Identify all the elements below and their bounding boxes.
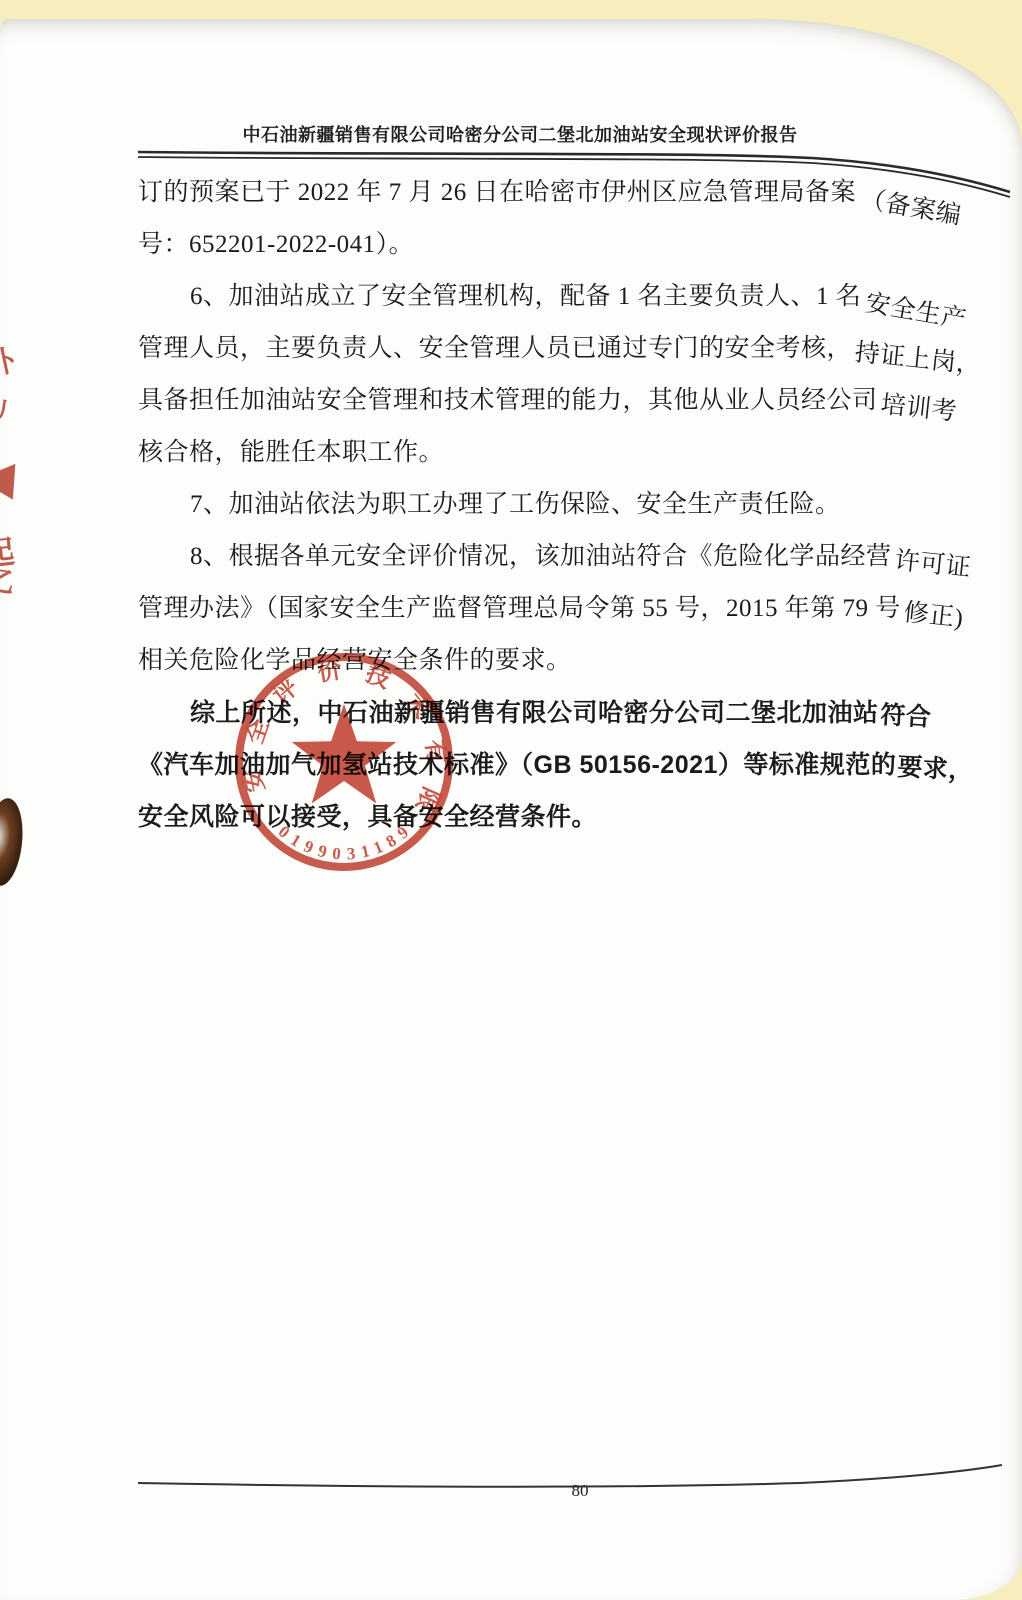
body-line: 7、加油站依法为职工办理了工伤保险、安全生产责任险。	[138, 479, 998, 531]
seal-star-icon	[292, 704, 397, 804]
body-line: 订的预案已于 2022 年 7 月 26 日在哈密市伊州区应急管理局备案（备案编	[138, 167, 998, 219]
line-text: 6、加油站成立了安全管理机构，配备 1 名主要负责人、1 名	[190, 283, 861, 310]
report-header-title: 中石油新疆销售有限公司哈密分公司二堡北加油站安全现状评价报告	[150, 121, 890, 147]
line-text: 核合格，能胜任本职工作。	[138, 439, 444, 466]
scanned-report-page: 中石油新疆销售有限公司哈密分公司二堡北加油站安全现状评价报告 订的预案已于 20…	[0, 0, 1022, 1600]
body-line: 6、加油站成立了安全管理机构，配备 1 名主要负责人、1 名安全生产	[138, 271, 998, 323]
line-text: 管理办法》（国家安全生产监督管理总局令第 55 号，2015 年第 79 号	[138, 595, 901, 622]
line-text: 管理人员，主要负责人、安全管理人员已通过专门的安全考核，	[138, 335, 852, 362]
line-text-warped: 修正)	[901, 587, 966, 645]
red-company-seal: 安全评价技术有限公司 01990311892	[214, 632, 474, 892]
page-number: 80	[560, 1481, 600, 1501]
line-text: 具备担任加油站安全管理和技术管理的能力，其他从业人员经公司	[138, 387, 878, 414]
line-text: 8、根据各单元安全评价情况，该加油站符合《危险化学品经营	[190, 543, 892, 570]
line-text-warped: 许可证	[892, 535, 974, 595]
line-text: 7、加油站依法为职工办理了工伤保险、安全生产责任险。	[190, 491, 841, 518]
body-line: 具备担任加油站安全管理和技术管理的能力，其他从业人员经公司培训考	[138, 375, 998, 427]
body-line: 管理办法》（国家安全生产监督管理总局令第 55 号，2015 年第 79 号修正…	[138, 583, 998, 635]
body-line: 管理人员，主要负责人、安全管理人员已通过专门的安全考核，持证上岗，	[138, 323, 998, 375]
line-text: 号：652201-2022-041）。	[138, 231, 414, 258]
body-line: 核合格，能胜任本职工作。	[138, 427, 998, 479]
line-text: 订的预案已于 2022 年 7 月 26 日在哈密市伊州区应急管理局备案	[138, 179, 856, 206]
line-text-warped: 要求，	[896, 741, 975, 797]
line-text-warped: 培训考	[878, 379, 960, 439]
line-text-warped: 符合	[879, 689, 933, 744]
body-line: 8、根据各单元安全评价情况，该加油站符合《危险化学品经营许可证	[138, 531, 998, 583]
